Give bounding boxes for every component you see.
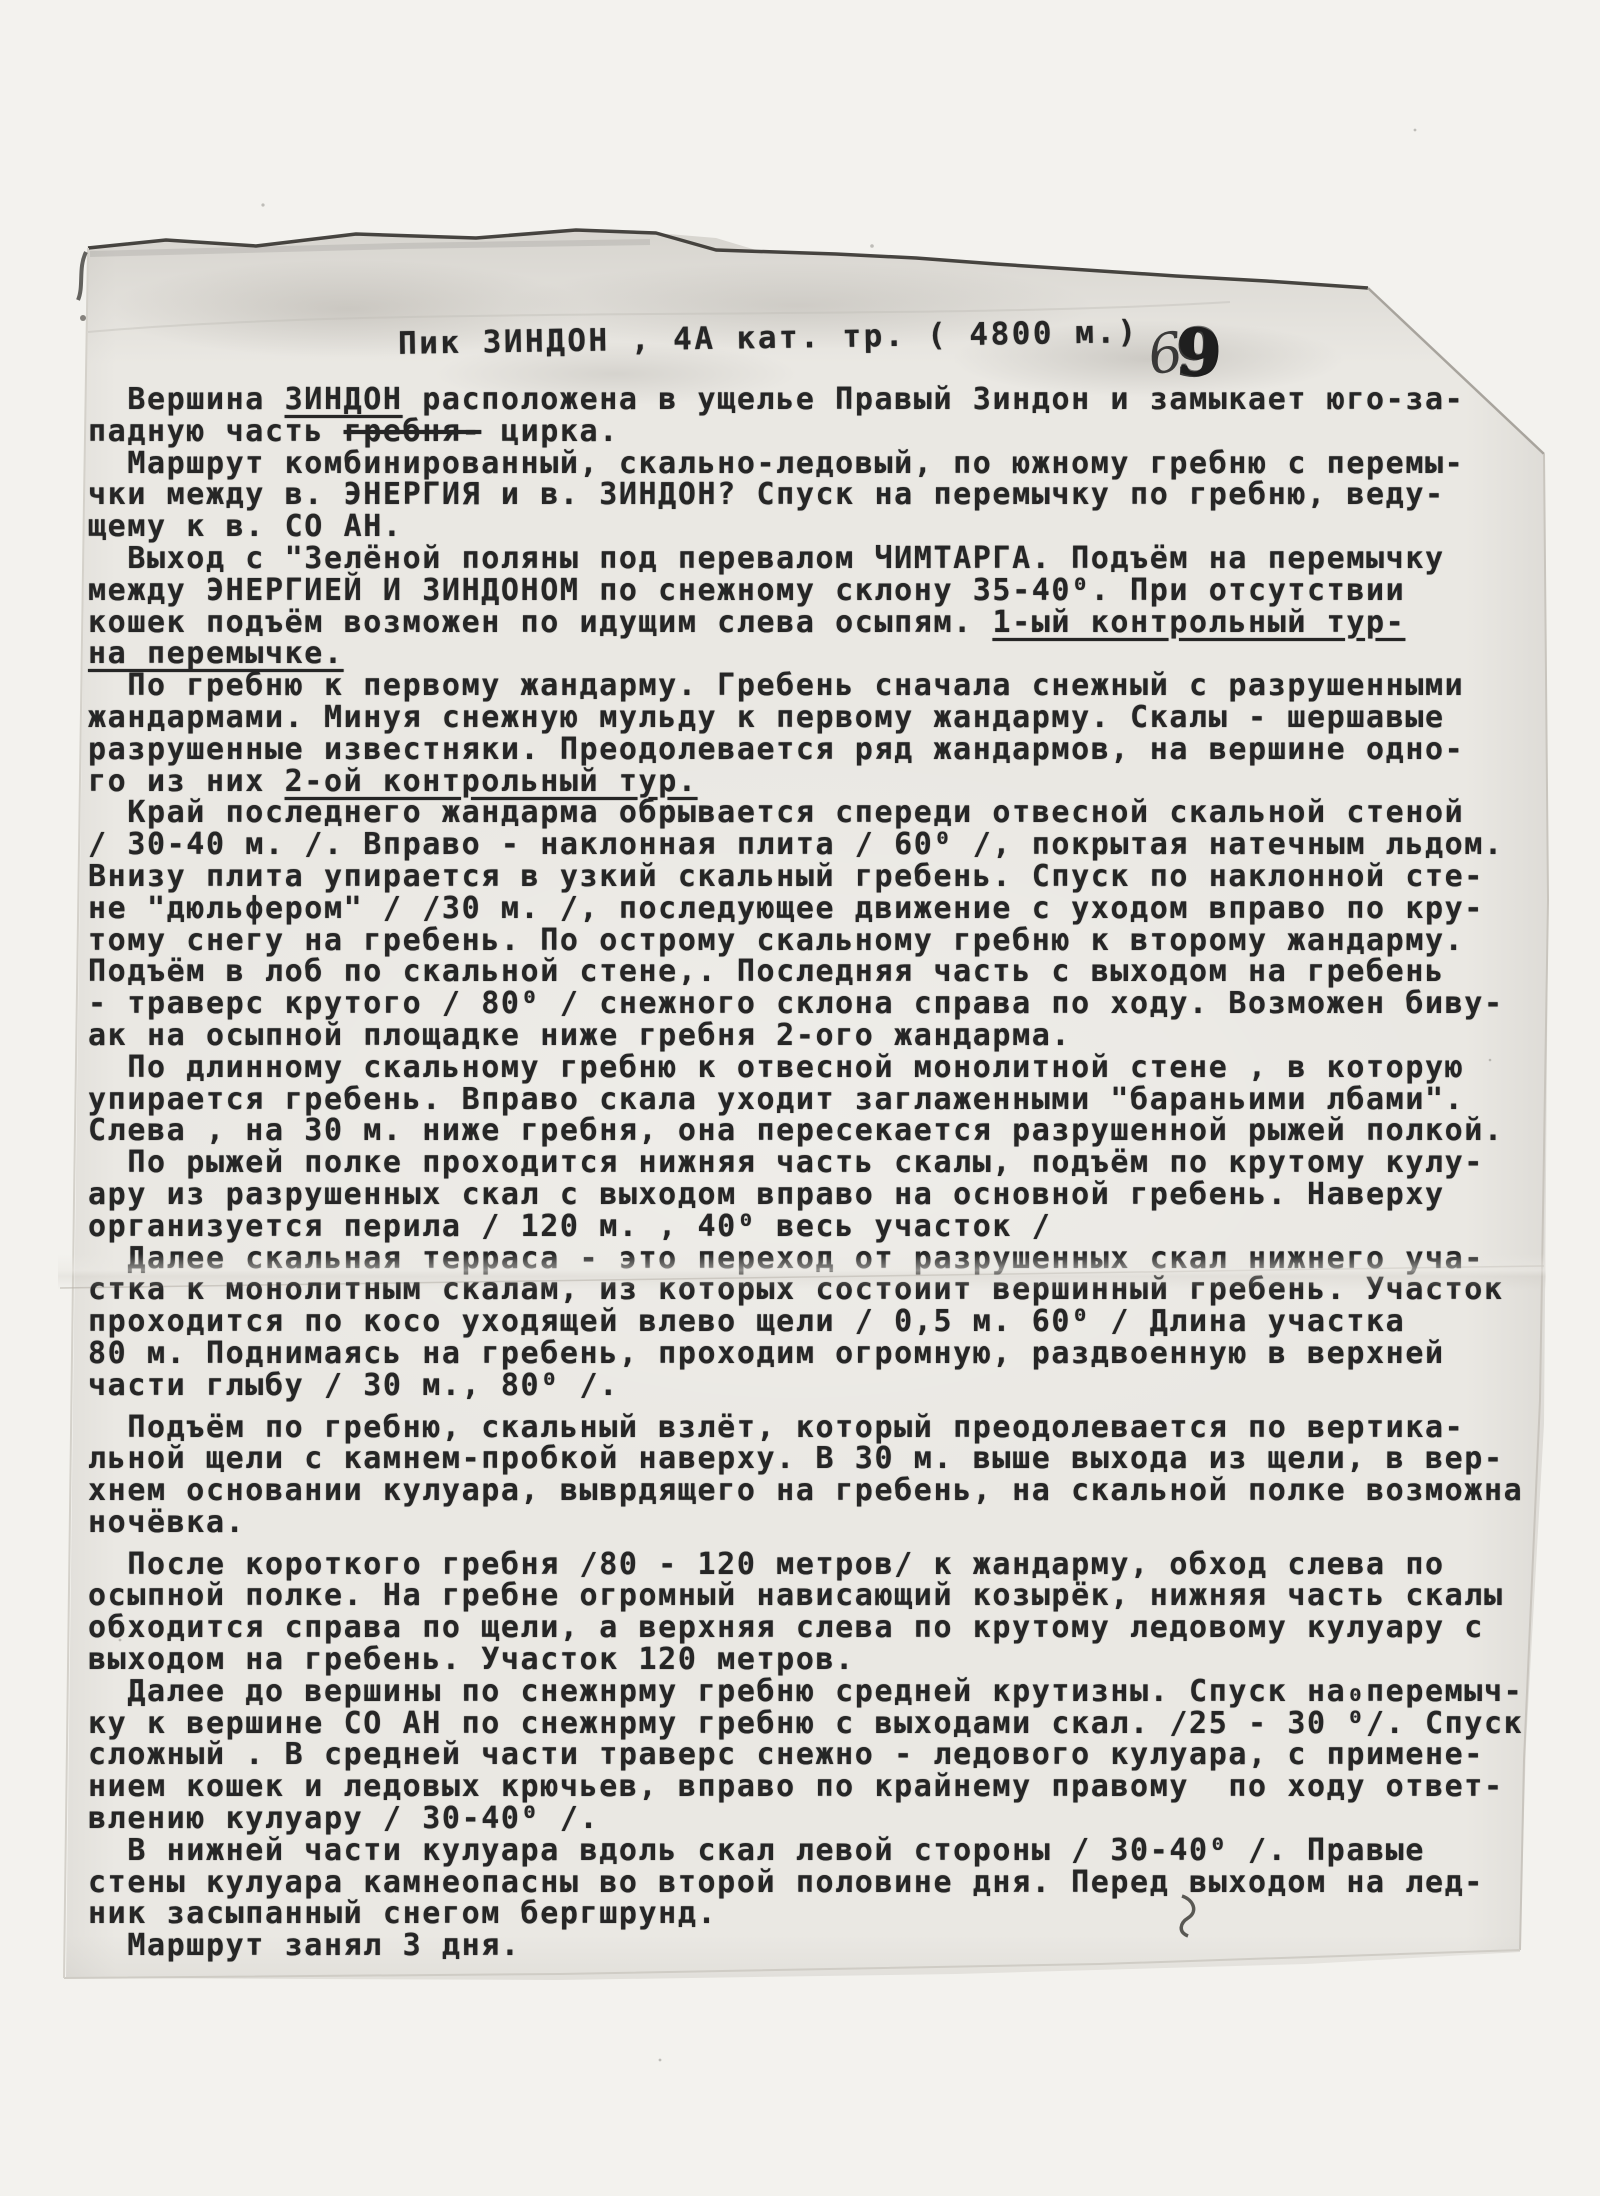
text-line: По длинному скальному гребню к отвесной … <box>88 1052 1558 1084</box>
text-line: упирается гребень. Вправо скала уходит з… <box>88 1084 1558 1116</box>
text-line: Маршрут занял 3 дня. <box>88 1930 1558 1962</box>
text-line: В нижней части кулуара вдоль скал левой … <box>88 1835 1558 1867</box>
text-line: ару из разрушенных скал с выходом вправо… <box>88 1179 1558 1211</box>
text-line: тому снегу на гребень. По острому скальн… <box>88 925 1558 957</box>
page-number-digit: 9 <box>1175 315 1222 392</box>
text-line: организуется перила / 120 м. , 40⁰ весь … <box>88 1211 1558 1243</box>
text-line: Подъём в лоб по скальной стене,. Последн… <box>88 956 1558 988</box>
text-line: Край последнего жандарма обрывается спер… <box>88 797 1558 829</box>
text-line: ник засыпанный снегом бергшрунд. <box>88 1898 1558 1930</box>
text-line: Вершина ЗИНДОН расположена в ущелье Прав… <box>88 384 1558 416</box>
handwritten-page-number: 69 <box>1146 310 1223 389</box>
text-line: После короткого гребня /80 - 120 метров/… <box>88 1549 1558 1581</box>
text-line: ак на осыпной площадке ниже гребня 2-ого… <box>88 1020 1558 1052</box>
text-line: По рыжей полке проходится нижняя часть с… <box>88 1147 1558 1179</box>
text-line: - траверс крутого / 80⁰ / снежного склон… <box>88 988 1558 1020</box>
text-line: кошек подъём возможен по идущим слева ос… <box>88 607 1558 639</box>
text-line: Внизу плита упирается в узкий скальный г… <box>88 861 1558 893</box>
text-line: хнем основании кулуара, выврдящего на гр… <box>88 1475 1558 1507</box>
text-line: падную часть гребня- цирка. <box>88 416 1558 448</box>
text-line: части глыбу / 30 м., 80⁰ /. <box>88 1370 1558 1402</box>
text-line: обходится справа по щели, а верхняя слев… <box>88 1612 1558 1644</box>
text-line: Выход с "Зелёной поляны под перевалом ЧИ… <box>88 543 1558 575</box>
text-line: нием кошек и ледовых крючьев, вправо по … <box>88 1771 1558 1803</box>
text-line: ночёвка. <box>88 1507 1558 1539</box>
text-line: По гребню к первому жандарму. Гребень сн… <box>88 670 1558 702</box>
text-line: не "дюльфером" / /30 м. /, последующее д… <box>88 893 1558 925</box>
text-line: Слева , на 30 м. ниже гребня, она пересе… <box>88 1115 1558 1147</box>
text-line: Далее скальная терраса - это переход от … <box>88 1243 1558 1275</box>
text-line: между ЭНЕРГИЕЙ И ЗИНДОНОМ по снежному ск… <box>88 575 1558 607</box>
text-line: льной щели с камнем-пробкой наверху. В 3… <box>88 1443 1558 1475</box>
document-lines: Вершина ЗИНДОН расположена в ущелье Прав… <box>88 384 1558 1962</box>
text-line: влению кулуару / 30-40⁰ /. <box>88 1803 1558 1835</box>
text-line: выходом на гребень. Участок 120 метров. <box>88 1644 1558 1676</box>
text-line: на перемычке. <box>88 638 1558 670</box>
edge-ink-dot <box>80 315 86 321</box>
text-line: чки между в. ЭНЕРГИЯ и в. ЗИНДОН? Спуск … <box>88 479 1558 511</box>
text-line: Подъём по гребню, скальный взлёт, которы… <box>88 1412 1558 1444</box>
text-line: стка к монолитным скалам, из которых сос… <box>88 1274 1558 1306</box>
text-line: ку к вершине СО АН по снежнрму гребню с … <box>88 1708 1558 1740</box>
text-line: проходится по косо уходящей влево щели /… <box>88 1306 1558 1338</box>
text-line: Маршрут комбинированный, скально-ледовый… <box>88 448 1558 480</box>
photocopy-background: Пик ЗИНДОН , 4А кат. тр. ( 4800 м.) 69 В… <box>0 0 1600 2196</box>
text-line: / 30-40 м. /. Вправо - наклонная плита /… <box>88 829 1558 861</box>
text-line: го из них 2-ой контрольный тур. <box>88 766 1558 798</box>
text-line: жандармами. Минуя снежную мульду к перво… <box>88 702 1558 734</box>
text-line: Далее до вершины по снежнрму гребню сред… <box>88 1676 1558 1708</box>
text-line: сложный . В средней части траверс снежно… <box>88 1739 1558 1771</box>
text-line: 80 м. Поднимаясь на гребень, проходим ог… <box>88 1338 1558 1370</box>
edge-ink-mark <box>78 252 86 300</box>
text-line: разрушенные известняки. Преодолевается р… <box>88 734 1558 766</box>
text-line: стены кулуара камнеопасны во второй поло… <box>88 1867 1558 1899</box>
text-line: щему к в. СО АН. <box>88 511 1558 543</box>
text-line: осыпной полке. На гребне огромный нависа… <box>88 1580 1558 1612</box>
